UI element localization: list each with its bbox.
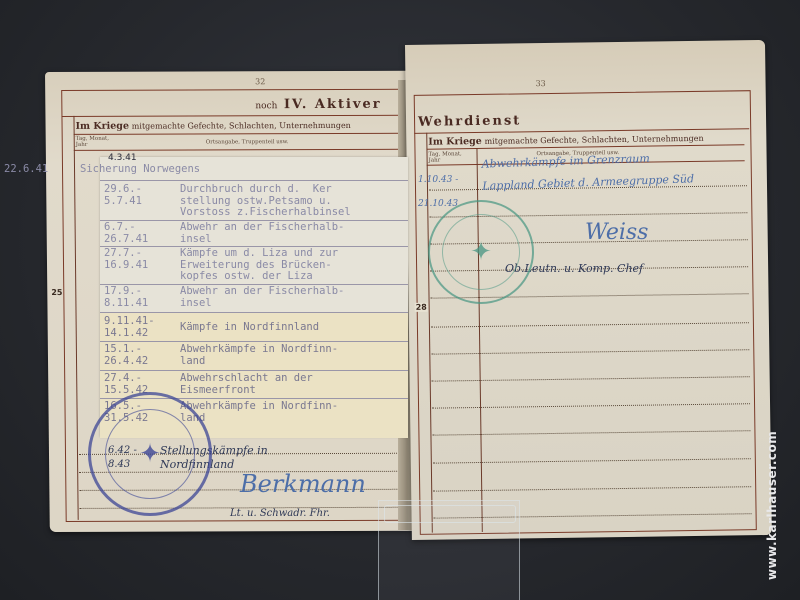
- col-date-header: Tag, Monat, Jahr: [76, 136, 116, 148]
- handwritten-entry: Abwehrkämpfe im Grenzraum Lappland Gebie…: [481, 146, 694, 197]
- signature-title: Lt. u. Schwadr. Fhr.: [230, 508, 330, 519]
- entry-divider: [100, 341, 408, 342]
- col-date-header: Tag, Monat, Jahr: [428, 151, 468, 164]
- side-number: 25: [51, 288, 62, 297]
- signature: Berkmann: [240, 470, 366, 498]
- official-stamp: ✦: [88, 392, 212, 516]
- eagle-emblem-icon: ✦: [470, 237, 492, 267]
- official-stamp: ✦: [428, 200, 534, 304]
- signature: Weiss: [585, 220, 648, 245]
- page-number: 32: [255, 77, 265, 86]
- page-title: Wehrdienst: [418, 113, 521, 129]
- eagle-emblem-icon: ✦: [139, 439, 161, 469]
- section-heading: Im Kriege mitgemachte Gefechte, Schlacht…: [76, 120, 351, 132]
- entry-divider: [100, 312, 408, 313]
- entry-divider: [100, 370, 408, 371]
- page-title: noch IV. Aktiver: [255, 97, 381, 112]
- col-unit-header: Ortsangabe, Truppenteil usw.: [206, 139, 289, 145]
- page-number: 33: [535, 79, 545, 88]
- handwritten-start-date: 4.3.41: [108, 153, 137, 163]
- stand-lip: [384, 505, 516, 523]
- entry-divider: [100, 180, 408, 181]
- watermark: www.karlhauser.com: [765, 431, 779, 580]
- side-number: 28: [415, 303, 428, 312]
